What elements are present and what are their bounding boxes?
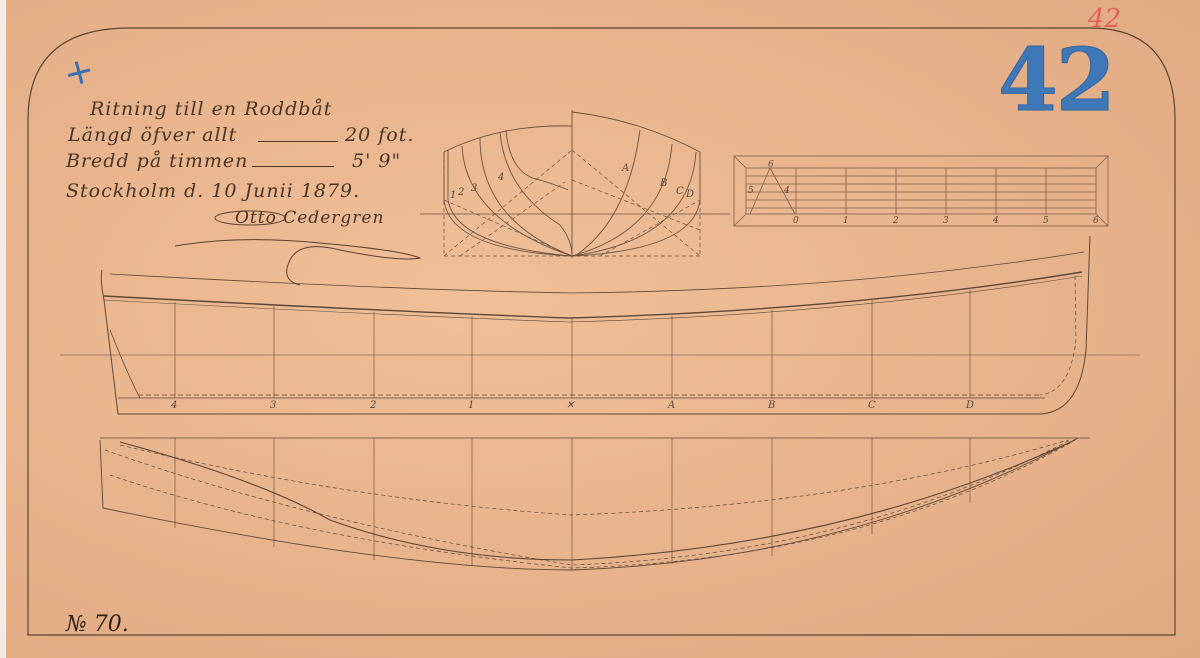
- scale-tick-4: 4: [993, 216, 999, 226]
- beam-label: Bredd på timmen: [66, 150, 248, 172]
- profile-station-4: 4: [171, 400, 177, 411]
- scale-right-label: 4: [784, 186, 790, 196]
- profile-station-D: D: [966, 400, 974, 411]
- profile-station-1: 1: [468, 400, 474, 411]
- profile-station-B: B: [768, 400, 775, 411]
- profile-station-A: A: [668, 400, 675, 411]
- body-station-C: C: [676, 186, 684, 197]
- drawing-sheet: + 42 42 Ritning till en Roddbåt Längd öf…: [0, 0, 1200, 658]
- body-station-1: 1: [450, 190, 456, 201]
- scale-tick-1: 1: [843, 216, 849, 226]
- profile-station-3: 3: [270, 400, 276, 411]
- scale-tick-0: 0: [793, 216, 799, 226]
- body-station-3: 3: [471, 183, 477, 194]
- profile-station-C: C: [868, 400, 876, 411]
- body-plan: [420, 110, 730, 258]
- place-date: Stockholm d. 10 Junii 1879.: [66, 180, 360, 202]
- scale-apex-label: 6: [768, 160, 774, 170]
- body-station-4: 4: [498, 172, 504, 183]
- body-station-A: A: [622, 163, 629, 174]
- length-value: 20 fot.: [345, 124, 414, 146]
- profile-station-midship: ✕: [566, 400, 574, 411]
- scale-tick-5: 5: [1043, 216, 1049, 226]
- sheet-number: 42: [998, 30, 1114, 131]
- length-leader-line: [258, 140, 338, 142]
- profile-view: [60, 236, 1140, 414]
- length-label: Längd öfver allt: [68, 124, 237, 146]
- scale-bar: [734, 156, 1108, 226]
- beam-value: 5' 9": [352, 150, 401, 172]
- title-line-1: Ritning till en Roddbåt: [90, 98, 332, 120]
- catalog-number: № 70.: [66, 612, 129, 637]
- scale-tick-6: 6: [1093, 216, 1099, 226]
- body-station-D: D: [686, 189, 694, 200]
- scale-tick-3: 3: [943, 216, 949, 226]
- body-station-B: B: [660, 178, 667, 189]
- signature: Otto Cedergren: [235, 208, 384, 228]
- scale-left-label: 5: [748, 186, 754, 196]
- scale-tick-2: 2: [893, 216, 899, 226]
- body-station-2: 2: [458, 187, 464, 198]
- half-breadth-plan: [100, 438, 1090, 570]
- beam-leader-line: [252, 165, 334, 167]
- profile-station-2: 2: [370, 400, 376, 411]
